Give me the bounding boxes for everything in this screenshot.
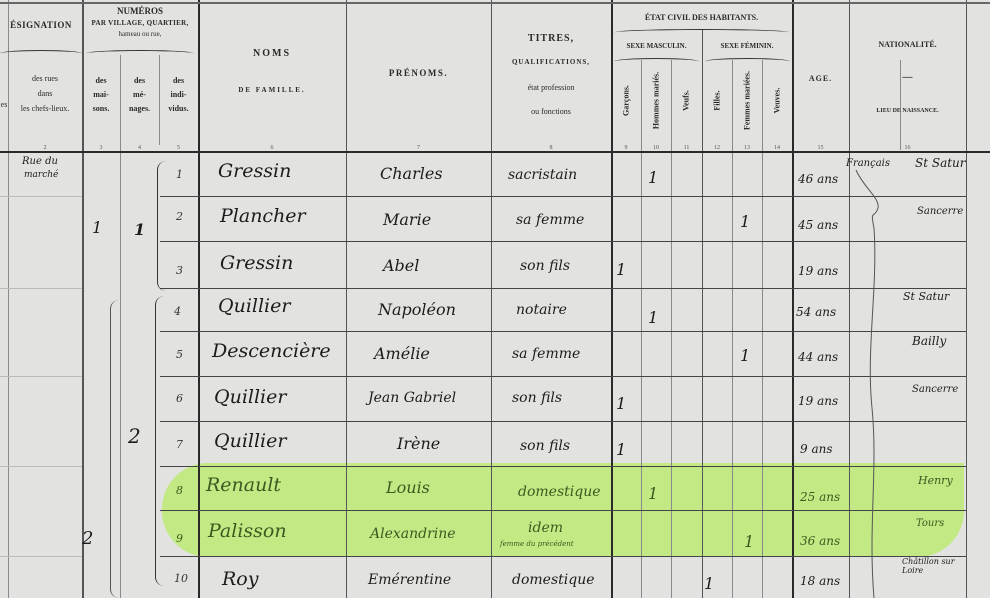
family-name: Descencière (212, 340, 331, 362)
status-mark: 1 (648, 484, 658, 503)
row-rule (0, 466, 82, 467)
row-rule (0, 196, 82, 197)
household-brace (155, 296, 164, 586)
header-titres-sub2: état profession (491, 83, 611, 92)
header-fragment: es (0, 100, 8, 109)
household-number: 1 (134, 220, 145, 239)
column-number: 8 (491, 145, 611, 151)
family-name: Quillier (214, 430, 286, 452)
status-mark: 1 (616, 440, 626, 459)
individual-number: 5 (176, 348, 183, 361)
header-lieu-naissance: LIEU DE NAISSANCE. (849, 108, 966, 115)
ditto-line (850, 168, 890, 598)
header-individus: des indi- vidus. (159, 76, 198, 114)
header-line: vidus. (159, 104, 198, 113)
column-number: 2 (8, 145, 82, 151)
column-number: 4 (120, 145, 159, 151)
header-ornament (705, 58, 790, 65)
column-number: 15 (792, 145, 849, 151)
status-mark: 1 (704, 574, 714, 593)
age: 19 ans (798, 264, 838, 278)
age: 18 ans (800, 574, 840, 588)
header-numeros-sub1: PAR VILLAGE, QUARTIER, (82, 19, 198, 27)
birthplace: Sancerre (917, 206, 963, 217)
header-line: les chefs-lieux. (8, 104, 82, 113)
row-rule (160, 421, 966, 422)
row-rule (0, 376, 82, 377)
occupation: notaire (516, 302, 567, 318)
header-femmes-mariees: Femmes mariées. (743, 66, 752, 136)
age: 46 ans (798, 172, 838, 186)
row-rule (0, 288, 82, 289)
top-rule (0, 2, 990, 4)
age: 25 ans (800, 490, 840, 504)
column-rule (732, 60, 733, 598)
row-rule (0, 556, 82, 557)
header-dash: — (849, 72, 966, 84)
column-number: 13 (732, 145, 762, 151)
column-rule (762, 60, 763, 598)
column-rule (641, 60, 642, 598)
occupation: domestique (512, 572, 595, 588)
header-ornament (86, 50, 194, 57)
row-rule (160, 288, 966, 289)
column-number: 6 (198, 145, 346, 151)
column-number: 5 (159, 145, 198, 151)
house-brace (110, 300, 119, 598)
header-numeros: NUMÉROS (82, 6, 198, 16)
header-maisons: des mai- sons. (82, 76, 120, 114)
occupation: son fils (512, 390, 562, 406)
header-noms-sub: DE FAMILLE. (198, 86, 346, 94)
header-titres-sub3: ou fonctions (491, 107, 611, 116)
occupation: domestique (518, 484, 601, 500)
family-name: Renault (206, 474, 281, 496)
birthplace: Tours (916, 518, 944, 529)
individual-number: 4 (174, 305, 181, 318)
row-rule (160, 196, 966, 197)
family-name: Quillier (214, 386, 286, 408)
header-line: indi- (159, 90, 198, 99)
individual-number: 9 (176, 532, 183, 545)
header-line: dans (8, 89, 82, 98)
individual-number: 8 (176, 484, 183, 497)
status-mark: 1 (648, 308, 658, 327)
header-veufs: Veufs. (682, 71, 691, 131)
occupation: son fils (520, 258, 570, 274)
household-brace (157, 161, 166, 291)
header-line: nages. (120, 104, 159, 113)
column-rule (702, 30, 703, 598)
first-name: Charles (380, 164, 443, 183)
column-rule (671, 60, 672, 598)
header-designation-sub: des rues dans les chefs-lieux. (8, 74, 82, 114)
row-rule (160, 241, 966, 242)
header-etat-civil: ÉTAT CIVIL DES HABITANTS. (611, 13, 792, 22)
column-rule (346, 0, 347, 598)
birthplace: Bailly (912, 334, 946, 348)
column-rule (120, 55, 121, 598)
individual-number: 10 (174, 572, 188, 585)
occupation-note: femme du précédent (500, 540, 574, 548)
header-ornament (614, 58, 699, 65)
birthplace: Henry (918, 474, 953, 487)
row-rule (160, 376, 966, 377)
age: 45 ans (798, 218, 838, 232)
house-number: 1 (92, 218, 102, 237)
age: 44 ans (798, 350, 838, 364)
column-rule (611, 0, 613, 598)
individual-number: 3 (176, 264, 183, 277)
header-veuves: Veuves. (773, 71, 782, 131)
status-mark: 1 (740, 212, 750, 231)
individual-number: 6 (176, 392, 183, 405)
first-name: Louis (386, 478, 430, 497)
row-rule (160, 331, 966, 332)
occupation: idem (528, 520, 563, 536)
family-name: Roy (222, 568, 258, 590)
header-line: des (82, 76, 120, 85)
column-rule (966, 0, 967, 598)
header-line: sons. (82, 104, 120, 113)
first-name: Marie (383, 210, 431, 229)
column-number: 16 (849, 145, 966, 151)
column-rule (792, 0, 794, 598)
family-name: Quillier (218, 295, 290, 317)
first-name: Alexandrine (370, 526, 456, 542)
occupation: son fils (520, 438, 570, 454)
birthplace: Sancerre (912, 384, 958, 395)
header-line: mai- (82, 90, 120, 99)
birthplace: Châtillon sur Loire (902, 558, 962, 576)
individual-number: 1 (176, 168, 183, 181)
household-number: 2 (128, 424, 141, 448)
header-age: AGE. (792, 74, 849, 83)
header-garcons: Garçons. (622, 71, 631, 131)
birthplace: St Satur (915, 156, 966, 170)
first-name: Irène (397, 434, 440, 453)
birthplace: St Satur (903, 290, 949, 303)
header-hommes-maries: Hommes mariés. (652, 66, 661, 136)
header-sexe-masculin: SEXE MASCULIN. (611, 42, 702, 50)
header-titres: TITRES, (491, 33, 611, 45)
header-menages: des mé- nages. (120, 76, 159, 114)
first-name: Napoléon (378, 300, 456, 319)
header-ornament (614, 29, 790, 36)
status-mark: 1 (616, 260, 626, 279)
age: 9 ans (800, 442, 833, 456)
census-page: ÉSIGNATION es des rues dans les chefs-li… (0, 0, 990, 598)
row-rule (160, 466, 966, 467)
column-number: 3 (82, 145, 120, 151)
header-line: des (120, 76, 159, 85)
header-numeros-sub2: hameau ou rue, (82, 30, 198, 38)
header-designation: ÉSIGNATION (0, 20, 82, 30)
header-rule (0, 151, 990, 153)
status-mark: 1 (616, 394, 626, 413)
family-name: Gressin (218, 160, 291, 182)
header-line: des (159, 76, 198, 85)
header-noms: NOMS (198, 48, 346, 60)
first-name: Amélie (374, 344, 430, 363)
status-mark: 1 (740, 346, 750, 365)
header-line: mé- (120, 90, 159, 99)
header-filles: Filles. (713, 71, 722, 131)
first-name: Abel (383, 256, 419, 275)
family-name: Plancher (220, 205, 306, 227)
individual-number: 2 (176, 210, 183, 223)
header-sexe-feminin: SEXE FÉMININ. (702, 42, 792, 50)
house-number: 2 (82, 528, 93, 549)
individual-number: 7 (176, 438, 183, 451)
header-nationalite: NATIONALITÉ. (849, 40, 966, 49)
header-prenoms: PRÉNOMS. (346, 68, 491, 78)
header-titres-sub1: QUALIFICATIONS, (491, 58, 611, 66)
row-rule (160, 556, 966, 557)
street-name-line2: marché (24, 170, 58, 180)
row-rule (160, 510, 966, 511)
column-number: 14 (762, 145, 792, 151)
age: 19 ans (798, 394, 838, 408)
first-name: Emérentine (368, 572, 451, 588)
column-number: 7 (346, 145, 491, 151)
age: 36 ans (800, 534, 840, 548)
family-name: Gressin (220, 252, 293, 274)
header-line: des rues (8, 74, 82, 83)
first-name: Jean Gabriel (368, 390, 456, 406)
header-ornament (0, 50, 82, 57)
column-number: 10 (641, 145, 671, 151)
occupation: sa femme (512, 346, 580, 362)
age: 54 ans (796, 305, 836, 319)
column-number: 12 (702, 145, 732, 151)
column-number: 9 (611, 145, 641, 151)
occupation: sa femme (516, 212, 584, 228)
column-number: 11 (671, 145, 702, 151)
status-mark: 1 (744, 532, 754, 551)
street-name-line1: Rue du (22, 156, 58, 167)
occupation: sacristain (508, 167, 577, 183)
family-name: Palisson (208, 520, 287, 542)
status-mark: 1 (648, 168, 658, 187)
